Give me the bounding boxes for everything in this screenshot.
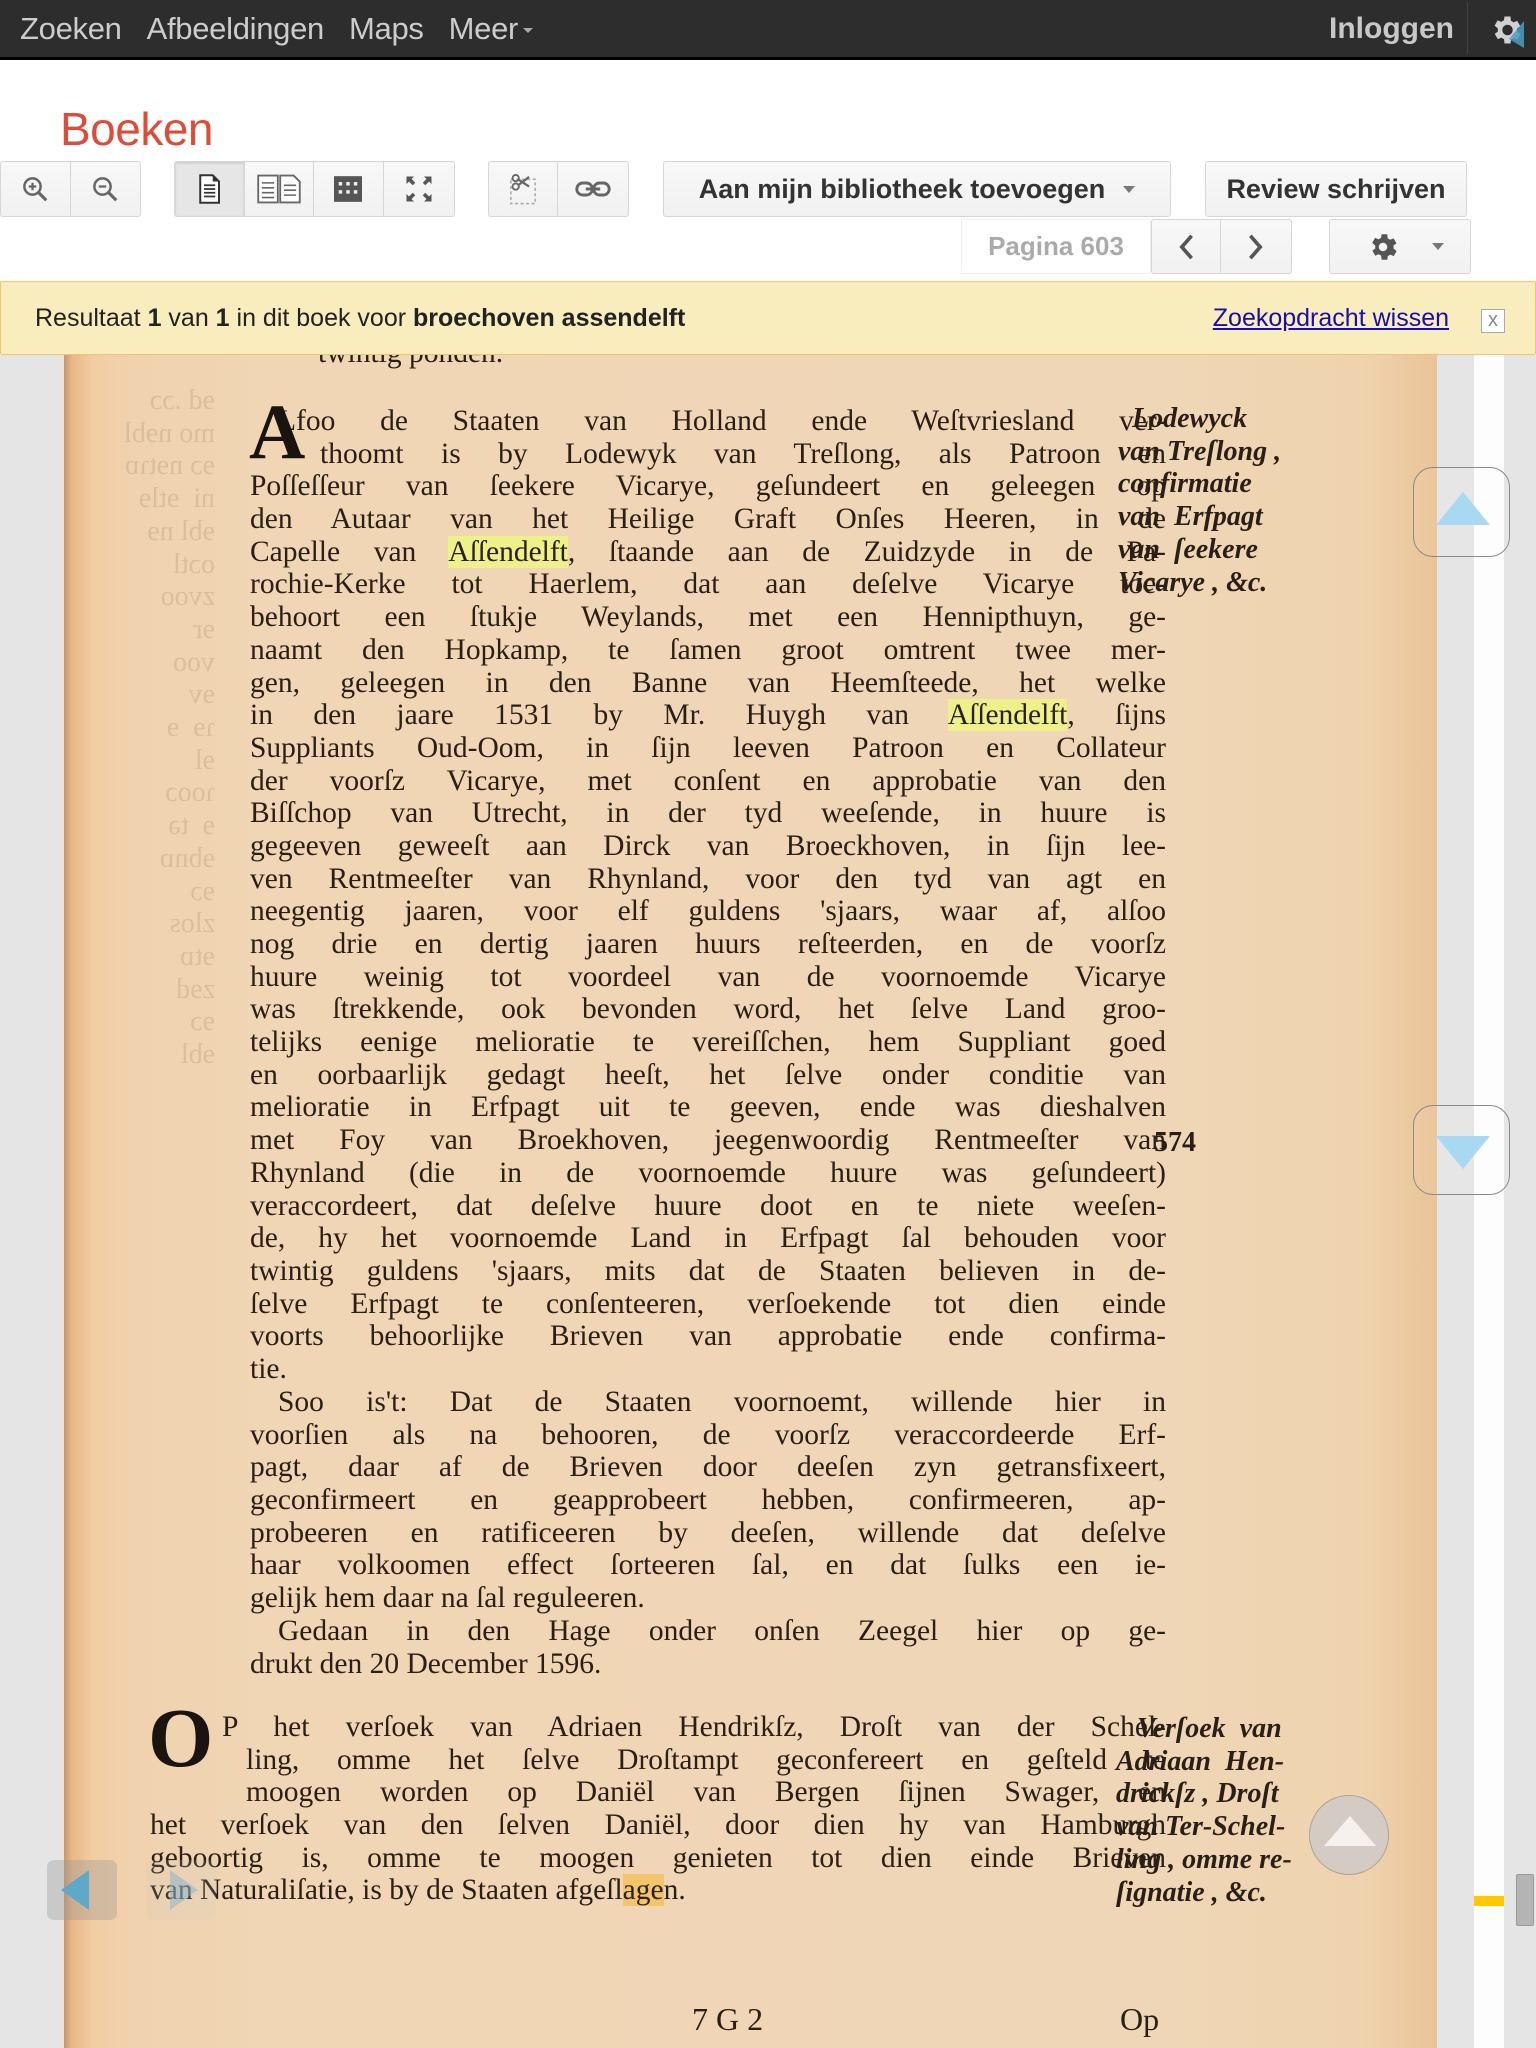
text-line: met Foy van Broekhoven, jeegenwoordig Re… — [250, 1124, 1166, 1157]
nav-link-afbeeldingen[interactable]: Afbeeldingen — [147, 11, 324, 47]
page-catchword: Op — [1120, 2003, 1159, 2036]
nav-link-meer[interactable]: Meer — [449, 11, 533, 47]
text-line: melioratie in Erfpagt uit te geeven, end… — [250, 1091, 1166, 1124]
text-line: den Autaar van het Heilige Graft Onſes H… — [250, 503, 1166, 536]
zoom-button-group — [0, 161, 141, 217]
result-middle: in dit boek voor — [230, 304, 413, 333]
text-line: twintig guldens 'sjaars, mits dat de Sta… — [250, 1255, 1166, 1288]
text-line: geboortig is, omme te moogen genieten to… — [150, 1842, 1166, 1875]
text-line: de, hy het voornoemde Land in Erfpagt ſa… — [250, 1222, 1166, 1255]
settings-dropdown-button[interactable] — [1329, 219, 1471, 274]
single-page-icon — [196, 174, 222, 204]
text-span: Capelle van — [250, 536, 448, 568]
text-line: naamt den Hopkamp, te ſamen groot omtren… — [250, 634, 1166, 667]
dropcap-o: O — [148, 1699, 213, 1779]
login-link[interactable]: Inloggen — [1329, 0, 1454, 58]
search-highlight[interactable]: Aſſendelft — [448, 536, 568, 568]
arrow-up-icon — [1436, 492, 1490, 525]
arrow-left-icon — [61, 1870, 89, 1910]
search-highlight[interactable]: age — [623, 1874, 664, 1906]
paragraph-soo-ist: Soo is't: Dat de Staaten voornoemt, will… — [250, 1386, 1166, 1680]
paragraph-hendriksz: P het verſoek van Adriaen Hendrikſz, Dro… — [150, 1711, 1166, 1907]
text-line: Lfoo de Staaten van Holland ende Weſtvri… — [250, 405, 1166, 438]
paragraph-treslong: Lfoo de Staaten van Holland ende Weſtvri… — [250, 405, 1166, 1386]
arrow-up-circle-icon — [1324, 1816, 1376, 1846]
text-span: , ſtaande aan de Zuidzyde in de Pa- — [568, 536, 1166, 568]
text-line: P het verſoek van Adriaen Hendrikſz, Dro… — [150, 1711, 1166, 1744]
result-current: 1 — [148, 304, 162, 333]
margin-page-number: 574 — [1154, 1127, 1196, 1160]
chevron-left-icon — [1177, 233, 1195, 261]
link-button[interactable] — [558, 162, 628, 216]
chevron-right-icon — [1247, 233, 1265, 261]
add-to-library-button[interactable]: Aan mijn bibliotheek toevoegen — [663, 161, 1171, 217]
text-line: twintig ponden. — [318, 355, 503, 370]
back-to-top-button[interactable] — [1309, 1795, 1389, 1875]
margin-note-hendriksz: Verſoek van Adriaan Hen- drickſz , Droſt… — [1116, 1713, 1292, 1909]
clip-button[interactable] — [489, 162, 558, 216]
text-line: nog drie en dertig jaaren huurs reſteerd… — [250, 928, 1166, 961]
text-line: voorts behoorlijke Brieven van approbati… — [250, 1320, 1166, 1353]
scissors-clip-icon — [508, 172, 538, 206]
add-to-library-label: Aan mijn bibliotheek toevoegen — [699, 174, 1106, 205]
result-of: van — [161, 304, 215, 333]
text-line: het verſoek van den ſelven Daniël, door … — [150, 1809, 1166, 1842]
text-line: moogen worden op Daniël van Bergen ſijne… — [150, 1776, 1166, 1809]
zoom-out-icon — [90, 174, 120, 204]
dropcap-a: A — [249, 397, 305, 467]
gear-icon — [1366, 230, 1400, 264]
two-page-view-button[interactable] — [245, 162, 315, 216]
text-line: drukt den 20 December 1596. — [250, 1648, 1166, 1681]
fullscreen-icon — [404, 174, 434, 204]
next-result-button[interactable] — [146, 1860, 216, 1920]
text-line: huure weinig tot voordeel van de voornoe… — [250, 961, 1166, 994]
zoom-in-button[interactable] — [1, 162, 71, 216]
result-prefix: Resultaat — [35, 304, 148, 333]
text-line: gen, geleegen in den Banne van Heemſteed… — [250, 667, 1166, 700]
text-line: gelijk hem daar na ſal reguleeren. — [250, 1582, 1166, 1615]
text-line: behoort een ſtukje Weylands, met een Hen… — [250, 601, 1166, 634]
text-line: Soo is't: Dat de Staaten voornoemt, will… — [250, 1386, 1166, 1419]
nav-link-meer-label: Meer — [449, 11, 518, 46]
text-line: Capelle van Aſſendelft, ſtaande aan de Z… — [250, 536, 1166, 569]
google-books-viewer: Zoeken Afbeeldingen Maps Meer Inloggen B… — [0, 0, 1536, 2048]
text-line: haar volkoomen effect ſorteeren ſal, en … — [250, 1549, 1166, 1582]
thumbnail-view-button[interactable] — [314, 162, 384, 216]
single-page-view-button[interactable] — [175, 162, 245, 216]
scroll-up-button[interactable] — [1413, 467, 1510, 557]
text-line: veraccordeert, dat deſelve huure doot en… — [250, 1190, 1166, 1223]
text-span: van Naturaliſatie, is by de Staaten afge… — [150, 1874, 623, 1906]
text-span: n. — [664, 1874, 686, 1906]
book-page-scan: ɘd .ɔɔ mo nɘbl ɘɔ nɘtɿɒ ni ɘtlɘ ɘbl nɘ o… — [64, 355, 1437, 2048]
gear-icon[interactable] — [1488, 12, 1524, 48]
nav-links: Zoeken Afbeeldingen Maps Meer — [20, 0, 533, 58]
write-review-button[interactable]: Review schrijven — [1205, 161, 1467, 217]
text-line: geconfirmeert en geapprobeert hebben, co… — [250, 1484, 1166, 1517]
clear-search-link[interactable]: Zoekopdracht wissen — [1213, 282, 1449, 354]
search-highlight[interactable]: Aſſendelft — [948, 699, 1068, 731]
nav-divider — [1467, 2, 1468, 54]
page-number-field[interactable]: Pagina 603 — [961, 219, 1151, 274]
arrow-down-icon — [1436, 1136, 1490, 1169]
text-line: pagt, daar af de Brieven door deeſen zyn… — [250, 1451, 1166, 1484]
text-line: Poſſeſſeur van ſeekere Vicarye, geſundee… — [250, 470, 1166, 503]
margin-note-treslong: Lodewyck van Treſlong , confirmatie van … — [1118, 403, 1281, 599]
page-nav-button-group — [1151, 219, 1292, 274]
dropdown-caret-icon — [1123, 186, 1135, 193]
text-line: neegentig jaaren, voor elf guldens 'sjaa… — [250, 895, 1166, 928]
text-line: Suppliants Oud-Oom, in ſijn leeven Patro… — [250, 732, 1166, 765]
scroll-down-button[interactable] — [1413, 1105, 1510, 1195]
zoom-out-button[interactable] — [71, 162, 141, 216]
page-signature: 7 G 2 — [692, 2003, 763, 2036]
caret-down-icon — [523, 28, 533, 33]
text-line: van Naturaliſatie, is by de Staaten afge… — [150, 1874, 1166, 1907]
link-icon — [575, 179, 611, 199]
previous-result-button[interactable] — [47, 1860, 117, 1920]
arrow-right-icon — [170, 1870, 198, 1910]
search-result-banner: Resultaat 1 van 1 in dit boek voor broec… — [0, 281, 1536, 355]
text-line: ven Rentmeeſter van Rhynland, voor den t… — [250, 863, 1166, 896]
text-line: in den jaare 1531 by Mr. Huygh van Aſſen… — [250, 699, 1166, 732]
text-line: voorſien als na behooren, de voorſz vera… — [250, 1419, 1166, 1452]
thumbnail-grid-icon — [334, 176, 362, 202]
text-line: gegeeven geweeſt aan Dirck van Broeckhov… — [250, 830, 1166, 863]
text-span: in den jaare 1531 by Mr. Huygh van — [250, 699, 948, 731]
text-line: der voorſz Vicarye, met conſent en appro… — [250, 765, 1166, 798]
clip-link-button-group — [488, 161, 629, 217]
zoom-in-icon — [20, 174, 50, 204]
text-line: rochie-Kerke tot Haerlem, dat aan deſelv… — [250, 568, 1166, 601]
two-page-icon — [257, 174, 301, 204]
previous-page-button[interactable] — [1152, 220, 1221, 273]
text-line: was ſtrekkende, ook bevonden word, het ſ… — [250, 993, 1166, 1026]
text-line: Gedaan in den Hage onder onſen Zeegel hi… — [250, 1615, 1166, 1648]
text-line: tie. — [250, 1353, 1166, 1386]
text-line: thoomt is by Lodewyk van Treſlong, als P… — [250, 438, 1166, 471]
search-query: broechoven assendelft — [413, 304, 685, 333]
results-scroll-track[interactable] — [1474, 355, 1504, 2048]
bleed-through-text: ɘd .ɔɔ mo nɘbl ɘɔ nɘtɿɒ ni ɘtlɘ ɘbl nɘ o… — [124, 385, 215, 1072]
search-result-marker[interactable] — [1474, 1896, 1504, 1906]
scrollbar-thumb[interactable] — [1516, 1874, 1534, 1926]
book-viewer[interactable]: ɘd .ɔɔ mo nɘbl ɘɔ nɘtɿɒ ni ɘtlɘ ɘbl nɘ o… — [0, 355, 1536, 2048]
text-line: Rhynland (die in de voornoemde huure was… — [250, 1157, 1166, 1190]
text-line: telijks eenige melioratie te vereiſſchen… — [250, 1026, 1166, 1059]
text-line: probeeren en ratificeeren by deeſen, wil… — [250, 1517, 1166, 1550]
next-page-button[interactable] — [1221, 220, 1291, 273]
top-nav-bar: Zoeken Afbeeldingen Maps Meer Inloggen — [0, 0, 1536, 60]
text-span: , ſijns — [1067, 699, 1166, 731]
fullscreen-button[interactable] — [384, 162, 454, 216]
text-line: en oorbaarlijk gedagt heeſt, het ſelve o… — [250, 1059, 1166, 1092]
close-banner-icon[interactable]: x — [1481, 309, 1505, 333]
brand-title-boeken[interactable]: Boeken — [60, 102, 213, 156]
text-line: Biſſchop van Utrecht, in der tyd weeſend… — [250, 797, 1166, 830]
view-mode-button-group — [174, 161, 455, 217]
result-total: 1 — [216, 304, 230, 333]
nav-link-zoeken[interactable]: Zoeken — [20, 11, 122, 47]
search-result-message: Resultaat 1 van 1 in dit boek voor broec… — [35, 282, 685, 354]
text-line: ſelve Erfpagt te conſenteeren, verſoeken… — [250, 1288, 1166, 1321]
text-line: ling, omme het ſelve Droſtampt geconfere… — [150, 1744, 1166, 1777]
dropdown-caret-icon — [1432, 243, 1444, 250]
nav-link-maps[interactable]: Maps — [349, 11, 424, 47]
